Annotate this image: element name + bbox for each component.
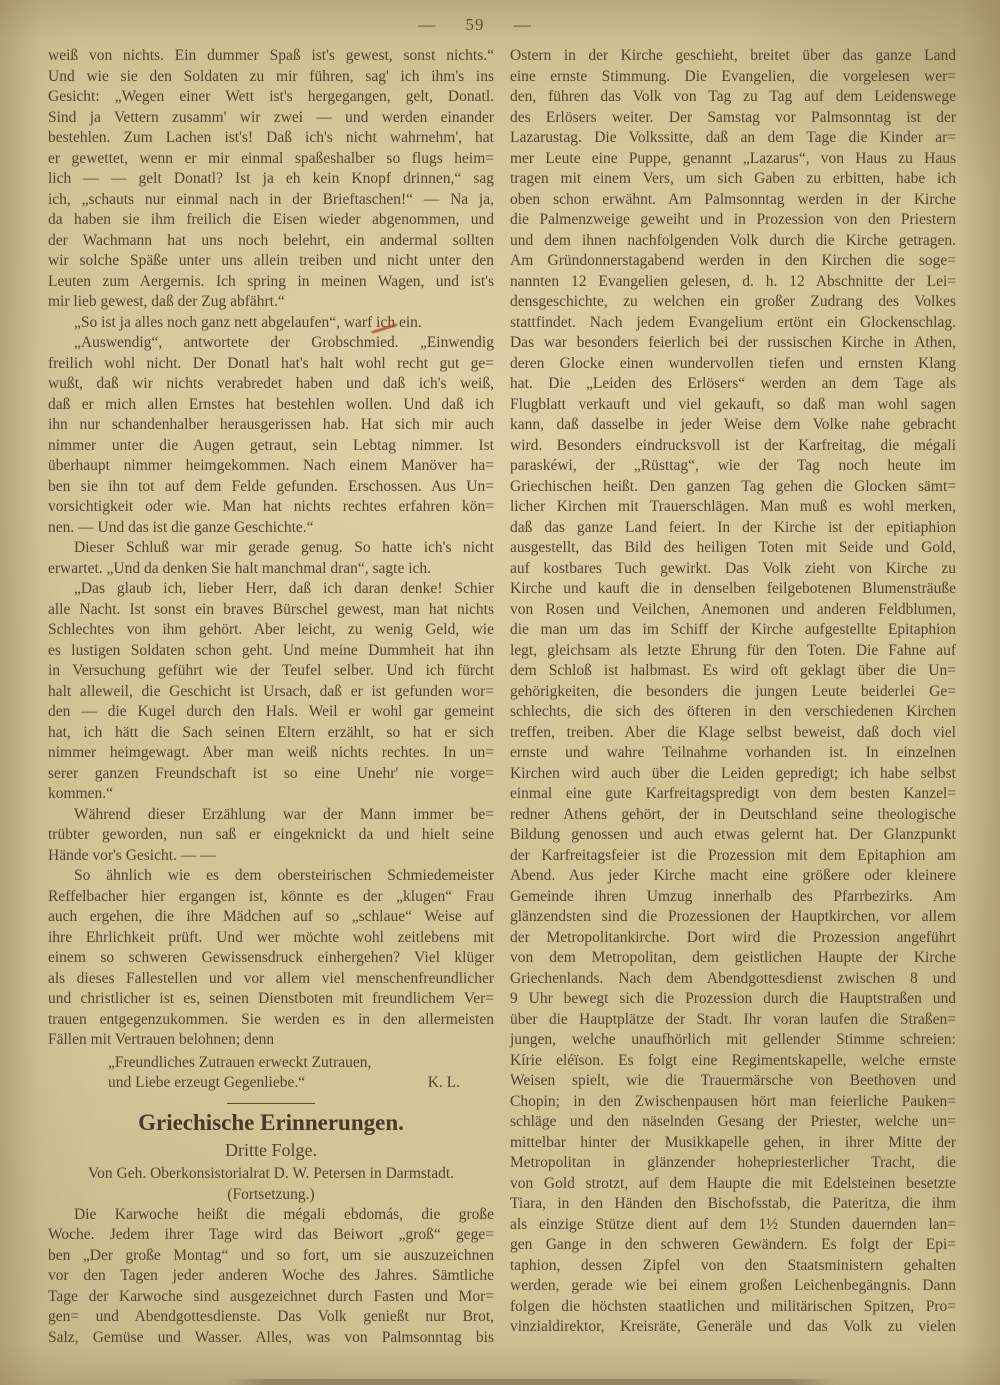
paragraph: Die Karwoche heißt die mégali ebdomás, d… xyxy=(48,1205,494,1349)
text-columns: weiß von nichts. Ein dummer Spaß ist's g… xyxy=(48,46,956,1348)
text-line: ausgestellt, das Bild des heiligen Toten… xyxy=(510,538,956,559)
text-line: densgeschichte, zu welchen ein großer Zu… xyxy=(510,292,956,313)
text-line: Flugblatt verkauft und viel gekauft, so … xyxy=(510,395,956,416)
text-line: einem so schweren Gewissensdruck einherg… xyxy=(48,948,494,969)
text-line: Das war besonders feierlich bei der russ… xyxy=(510,333,956,354)
text-line: serer ganzen Freundschaft ist so eine Un… xyxy=(48,764,494,785)
text-line: ben sie ihn tot auf dem Felde gefunden. … xyxy=(48,477,494,498)
text-line: tragen mit einem Vers, um sich Gaben zu … xyxy=(510,169,956,190)
text-line: Am Gründonnerstagabend werden in den Kir… xyxy=(510,251,956,272)
text-line: gehörigkeiten, die besonders die jungen … xyxy=(510,682,956,703)
text-line: Woche. Jedem ihrer Tage wird das Beiwort… xyxy=(48,1225,494,1246)
text-line: Kírie eléïson. Es folgt eine Regimentska… xyxy=(510,1051,956,1072)
page-number: — 59 — xyxy=(0,15,950,35)
text-line: daß das ganze Land feiert. In der Kirche… xyxy=(510,518,956,539)
text-line: ihn nur schandenhalber herausgerissen ha… xyxy=(48,415,494,436)
right-column: Ostern in der Kirche geschieht, breitet … xyxy=(510,46,956,1348)
section-divider-rule xyxy=(227,1103,315,1104)
text-line: erwartet. „Und da denken Sie halt manchm… xyxy=(48,559,494,580)
text-line: deren Glocke einen wundervollen tiefen u… xyxy=(510,354,956,375)
text-line: ben „Der große Montag“ und so fort, um s… xyxy=(48,1246,494,1267)
text-line: bestehlen. Zum Lachen ist's! Daß ich's n… xyxy=(48,128,494,149)
text-line: mir lieb gewest, daß der Zug abfährt.“ xyxy=(48,292,494,313)
text-line: oben schon erwähnt. Am Palmsonntag werde… xyxy=(510,190,956,211)
text-line: die man um das im Schiff der Kirche aufg… xyxy=(510,620,956,641)
text-line: Bildung genossen und auch etwas gelernt … xyxy=(510,825,956,846)
text-line: gen Gange in den schweren Gewändern. Es … xyxy=(510,1235,956,1256)
text-line: Die Karwoche heißt die mégali ebdomás, d… xyxy=(48,1205,494,1226)
text-line: Schlechtes von ihm gehört. Aber leicht, … xyxy=(48,620,494,641)
text-line: weiß von nichts. Ein dummer Spaß ist's g… xyxy=(48,46,494,67)
text-line: Leuten zum Aergernis. Ich spring in mein… xyxy=(48,272,494,293)
text-line: über die Hauptplätze der Stadt. Ihr vora… xyxy=(510,1010,956,1031)
text-line: in Versuchung geführt wie der Teufel sel… xyxy=(48,661,494,682)
scan-edge-shadow xyxy=(225,1379,835,1385)
article-subtitle: Dritte Folge. xyxy=(48,1139,494,1162)
text-line: des Erlösers weiter. Der Samstag vor Pal… xyxy=(510,108,956,129)
text-line: gen= und Abendgottesdienste. Das Volk ge… xyxy=(48,1307,494,1328)
text-line: und christlicher ist es, seinen Dienstbo… xyxy=(48,989,494,1010)
text-line: er gewettet, wenn er mir einmal spaßesha… xyxy=(48,149,494,170)
text-line: daß er mich allen Ernstes hat bestehlen … xyxy=(48,395,494,416)
text-line: ich, „schauts nur einmal nach in der Bri… xyxy=(48,190,494,211)
article-title: Griechische Erinnerungen. xyxy=(48,1109,494,1137)
text-line: So ähnlich wie es dem obersteirischen Sc… xyxy=(48,866,494,887)
text-line: treffen, treiben. Aber die Klage selbst … xyxy=(510,723,956,744)
text-line: von Rosen und Veilchen, Anemonen und and… xyxy=(510,600,956,621)
article-byline: (Fortsetzung.) xyxy=(48,1184,494,1205)
paragraph: So ähnlich wie es dem obersteirischen Sc… xyxy=(48,866,494,1051)
text-line: es lustigen Soldaten schon geht. Und mei… xyxy=(48,641,494,662)
text-line: jungen, welche unaufhörlich mit gellende… xyxy=(510,1030,956,1051)
left-column: weiß von nichts. Ein dummer Spaß ist's g… xyxy=(48,46,494,1348)
text-line: Kirche und kauft die in denselben feilge… xyxy=(510,579,956,600)
text-line: als dieses Fallestellen und vor allem vi… xyxy=(48,969,494,990)
text-line: auf kostbares Tuch gewirkt. Das Volk zie… xyxy=(510,559,956,580)
text-line: dem Schloß ist halbmast. Es wird oft gek… xyxy=(510,661,956,682)
text-line: Gemeinde ihren Umzug innerhalb des Pfarr… xyxy=(510,887,956,908)
text-line: mittelbar hinter der Musikkapelle gehen,… xyxy=(510,1133,956,1154)
text-line: Metropolitan in glänzender hohepriesterl… xyxy=(510,1153,956,1174)
text-line: „Das glaub ich, lieber Herr, daß ich dar… xyxy=(48,579,494,600)
text-line: hat, ich hätt die Sach seinen Eltern erz… xyxy=(48,723,494,744)
text-line: Und wie sie den Soldaten zu mir führen, … xyxy=(48,67,494,88)
text-line: hat. Die „Leiden des Erlösers“ werden an… xyxy=(510,374,956,395)
text-line: „So ist ja alles noch ganz nett abgelauf… xyxy=(48,313,494,334)
text-line: ihre Ehrlichkeit prüft. Und wer möchte w… xyxy=(48,928,494,949)
text-line: halt alleweil, die Geschicht ist Ursach,… xyxy=(48,682,494,703)
text-line: licher Kirchen mit Trauerschlägen. Man m… xyxy=(510,497,956,518)
paragraph: „Auswendig“, antwortete der Grobschmied.… xyxy=(48,333,494,538)
text-line: Hände vor's Gesicht. — — xyxy=(48,846,494,867)
verse-quote: „Freundliches Zutrauen erweckt Zutrauen,… xyxy=(108,1053,494,1094)
verse-line-text: und Liebe erzeugt Gegenliebe.“ xyxy=(108,1073,305,1094)
text-line: vinzialdirektor, Kreisräte, Generäle und… xyxy=(510,1317,956,1338)
text-line: glänzendsten sind die Prozessionen der H… xyxy=(510,907,956,928)
scanned-book-page: — 59 — weiß von nichts. Ein dummer Spaß … xyxy=(0,0,1000,1385)
text-line: 9 Uhr bewegt sich die Prozession durch d… xyxy=(510,989,956,1010)
text-line: der Metropolitankirche. Dort wird die Pr… xyxy=(510,928,956,949)
verse-line: und Liebe erzeugt Gegenliebe.“K. L. xyxy=(108,1073,460,1094)
text-line: trauen entgegenzukommen. Sie werden es i… xyxy=(48,1010,494,1031)
text-line: Fällen mit Vertrauen belohnen; denn xyxy=(48,1030,494,1051)
text-line: Griechischen heißt. Den ganzen Tag gehen… xyxy=(510,477,956,498)
text-line: der Karfreitagsfeier ist die Prozession … xyxy=(510,846,956,867)
article-byline: Von Geh. Oberkonsistorialrat D. W. Peter… xyxy=(48,1163,494,1184)
text-line: stattfindet. Nach jedem Evangelium ertön… xyxy=(510,313,956,334)
text-line: redner Athens gehört, der in Deutschland… xyxy=(510,805,956,826)
text-line: Sind ja Vettern zusamm' wir zwei — und w… xyxy=(48,108,494,129)
verse-attribution: K. L. xyxy=(428,1073,460,1094)
text-line: einmal eine gute Karfreitagspredigt von … xyxy=(510,784,956,805)
text-line: legt, gleichsam als letzte Ehrung für de… xyxy=(510,641,956,662)
paragraph: weiß von nichts. Ein dummer Spaß ist's g… xyxy=(48,46,494,313)
text-line: kommen.“ xyxy=(48,784,494,805)
text-line: kann, daß dasselbe in jeder Weise dem Vo… xyxy=(510,415,956,436)
paragraph: Während dieser Erzählung war der Mann im… xyxy=(48,805,494,867)
text-line: Dieser Schluß war mir gerade genug. So h… xyxy=(48,538,494,559)
text-line: mer Leute eine Puppe, genannt „Lazarus“,… xyxy=(510,149,956,170)
text-line: Salz, Gemüse und Wasser. Alles, was von … xyxy=(48,1328,494,1349)
text-line: Reffelbacher hier ergangen ist, könnte e… xyxy=(48,887,494,908)
text-line: Tiara, in den Händen den Bischofsstab, d… xyxy=(510,1194,956,1215)
text-line: vorsichtigkeit oder wie. Man hat nichts … xyxy=(48,497,494,518)
text-line: eine ernste Stimmung. Die Evangelien, di… xyxy=(510,67,956,88)
text-line: nannten 12 Evangelien gelesen, d. h. 12 … xyxy=(510,272,956,293)
text-line: nimmer heimgewagt. Aber man weiß nichts … xyxy=(48,743,494,764)
text-line: der Wachmann hat uns noch belehrt, ein a… xyxy=(48,231,494,252)
text-line: werden, gerade wie bei einem großen Leic… xyxy=(510,1276,956,1297)
text-line: Während dieser Erzählung war der Mann im… xyxy=(48,805,494,826)
text-line: lich — — gelt Donatl? Ist ja eh kein Kno… xyxy=(48,169,494,190)
text-line: Ostern in der Kirche geschieht, breitet … xyxy=(510,46,956,67)
text-line: Kirchen wird auch über die Leiden gepred… xyxy=(510,764,956,785)
text-line: folgen die höchsten staatlichen und mili… xyxy=(510,1297,956,1318)
text-line: Chopin; in den Zwischenpausen hört man f… xyxy=(510,1092,956,1113)
text-line: und dem ihnen nachfolgenden Volk durch d… xyxy=(510,231,956,252)
text-line: nimmer unter die Augen getraut, sein Leb… xyxy=(48,436,494,457)
text-line: trübter geworden, nun saß er eingeknickt… xyxy=(48,825,494,846)
text-line: den, führen das Volk von Tag zu Tag auf … xyxy=(510,87,956,108)
text-line: alle Nacht. Ist sonst ein braves Bürsche… xyxy=(48,600,494,621)
text-line: Griechenlands. Nach dem Abendgottesdiens… xyxy=(510,969,956,990)
text-line: auch ergehen, die ihre Mädchen auf so „s… xyxy=(48,907,494,928)
text-line: Lazarustag. Die Volkssitte, daß an dem T… xyxy=(510,128,956,149)
text-line: taphion, dessen Zipfel von den Staatsmin… xyxy=(510,1256,956,1277)
text-line: die Palmenzweige geweiht und in Prozessi… xyxy=(510,210,956,231)
text-line: wir solche Späße unter uns allein treibe… xyxy=(48,251,494,272)
text-line: nen. — Und das ist die ganze Geschichte.… xyxy=(48,518,494,539)
text-line: Abend. Aus jeder Kirche macht eine größe… xyxy=(510,866,956,887)
text-line: schläge und den näselnden Gesang der Pri… xyxy=(510,1112,956,1133)
text-line: vor den Tagen jeder anderen Woche des Ja… xyxy=(48,1266,494,1287)
verse-line: „Freundliches Zutrauen erweckt Zutrauen, xyxy=(108,1053,460,1074)
paragraph: Ostern in der Kirche geschieht, breitet … xyxy=(510,46,956,1338)
text-line: ernste und wahre Teilnahme vorhanden ist… xyxy=(510,743,956,764)
text-line: „Auswendig“, antwortete der Grobschmied.… xyxy=(48,333,494,354)
text-line: Tage der Karwoche sind ausgezeichnet dur… xyxy=(48,1287,494,1308)
text-line: von Gold strotzt, auf dem Haupte die mit… xyxy=(510,1174,956,1195)
paragraph: „Das glaub ich, lieber Herr, daß ich dar… xyxy=(48,579,494,805)
text-line: Weisen spielt, wie die Trauermärsche von… xyxy=(510,1071,956,1092)
text-line: den — die Kugel durch den Hals. Weil er … xyxy=(48,702,494,723)
text-line: wußt, daß wir nichts verabredet haben un… xyxy=(48,374,494,395)
paragraph: Dieser Schluß war mir gerade genug. So h… xyxy=(48,538,494,579)
text-line: wird. Besonders eindrucksvoll ist der Ka… xyxy=(510,436,956,457)
text-line: Gesicht: „Wegen einer Wett ist's hergega… xyxy=(48,87,494,108)
text-line: als einzige Stütze dient auf dem 1½ Stun… xyxy=(510,1215,956,1236)
text-line: von dem Metropolitan, dem geistlichen Ha… xyxy=(510,948,956,969)
text-line: da haben sie ihm freilich die Eisen wied… xyxy=(48,210,494,231)
text-line: überhaupt nimmer heimgekommen. Nach eine… xyxy=(48,456,494,477)
text-line: freilich wohl nicht. Der Donatl hat's ha… xyxy=(48,354,494,375)
text-line: paraskéwi, der „Rüsttag“, wie der Tag no… xyxy=(510,456,956,477)
text-line: schlechts, die sich des öfteren in den v… xyxy=(510,702,956,723)
paragraph: „So ist ja alles noch ganz nett abgelauf… xyxy=(48,313,494,334)
